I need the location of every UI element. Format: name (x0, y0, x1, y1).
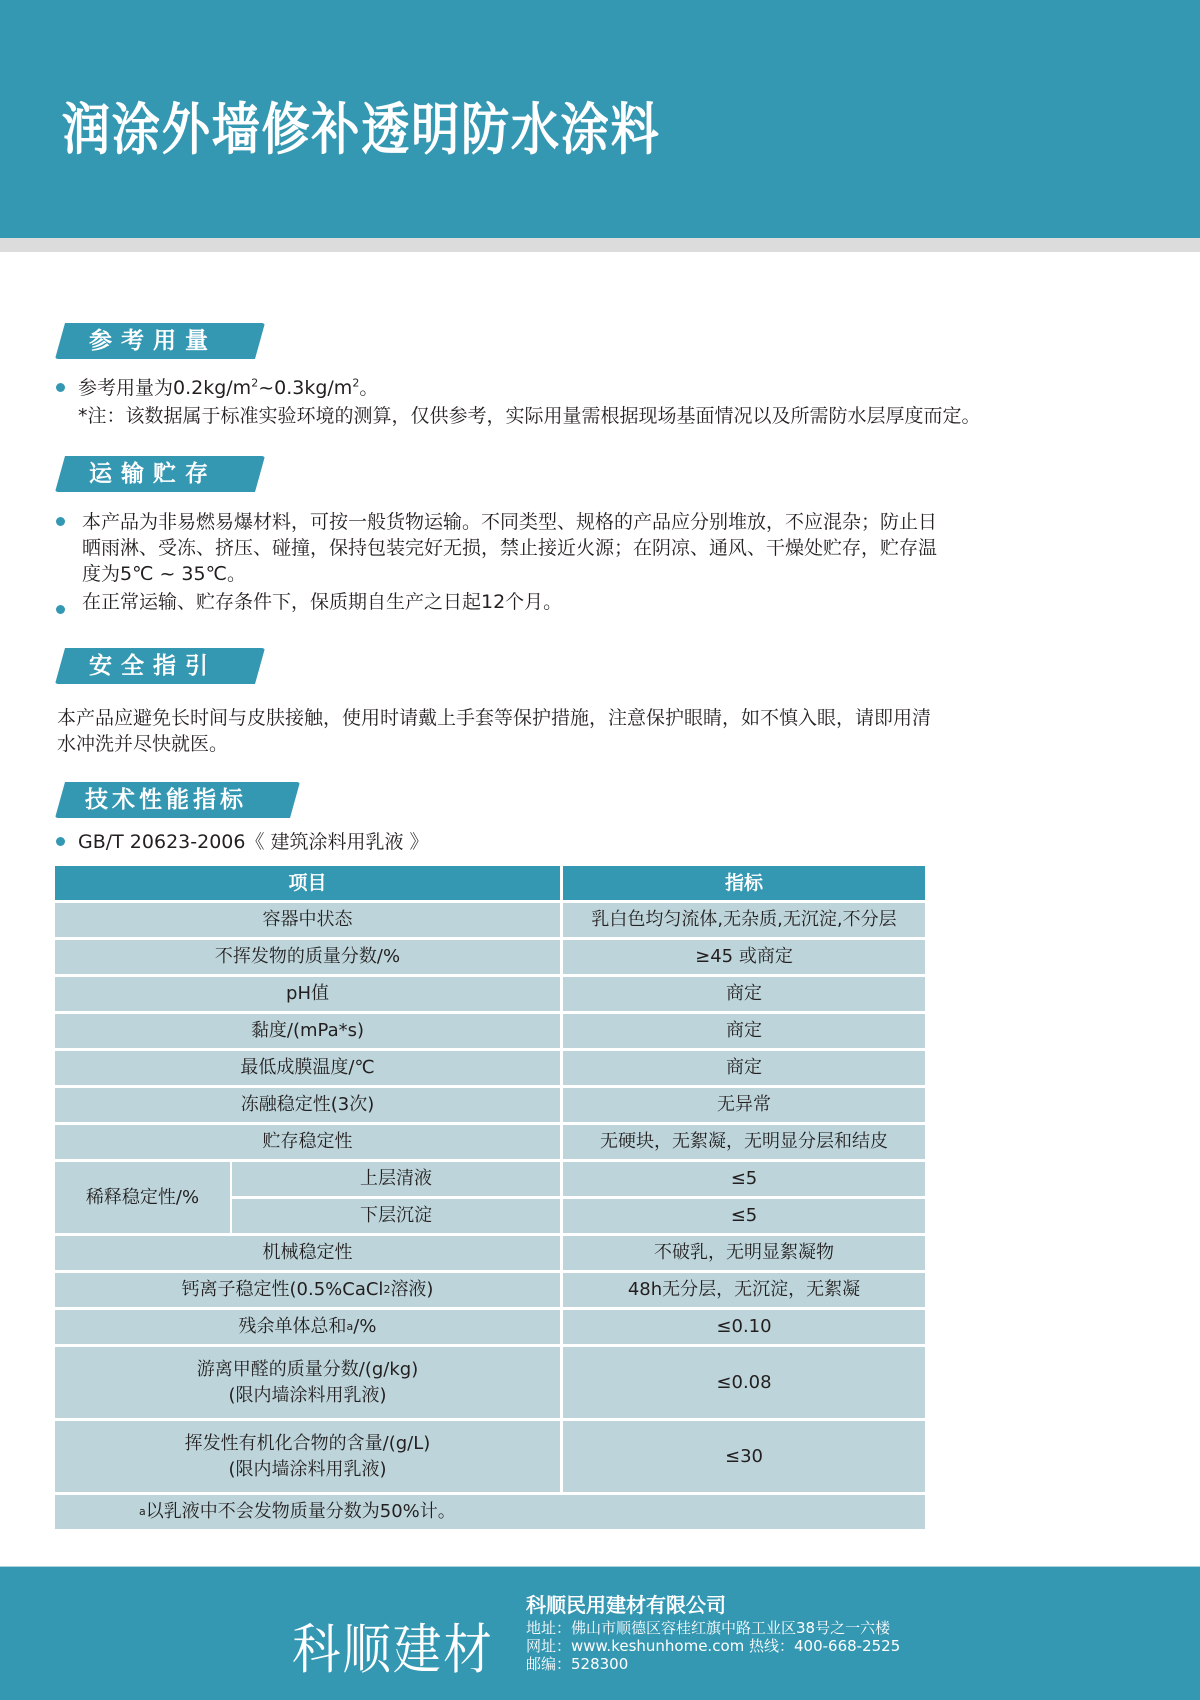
company-address: 地址：佛山市顺德区容桂红旗中路工业区38号之一六楼 (526, 1619, 890, 1637)
storage-text-line-2: 晒雨淋、受冻、挤压、碰撞，保持包装完好无损，禁止接近火源；在阴凉、通风、干燥处贮… (82, 535, 937, 561)
cell-item: 不挥发物的质量分数/% (55, 940, 560, 974)
company-name: 科顺民用建材有限公司 (526, 1589, 726, 1618)
cell-value: 不破乳，无明显絮凝物 (563, 1236, 925, 1270)
header-value: 指标 (563, 866, 925, 900)
cell-value: ≤0.08 (563, 1347, 925, 1418)
table-row: pH值 商定 (55, 977, 925, 1011)
cell-item: 游离甲醛的质量分数/(g/kg) (限内墙涂料用乳液) (55, 1347, 560, 1418)
table-row: 最低成膜温度/℃ 商定 (55, 1051, 925, 1085)
brand-logo-text: 科顺建材 (292, 1607, 494, 1684)
cell-value: 商定 (563, 977, 925, 1011)
cell-value: ≤5 (563, 1199, 925, 1233)
table-row: 贮存稳定性 无硬块，无絮凝，无明显分层和结皮 (55, 1125, 925, 1159)
table-row: 不挥发物的质量分数/% ≥45 或商定 (55, 940, 925, 974)
usage-note: *注：该数据属于标准实验环境的测算，仅供参考，实际用量需根据现场基面情况以及所需… (78, 403, 981, 429)
table-row: 黏度/(mPa*s) 商定 (55, 1014, 925, 1048)
cell-item: 机械稳定性 (55, 1236, 560, 1270)
cell-item: 贮存稳定性 (55, 1125, 560, 1159)
cell-value: ≤0.10 (563, 1310, 925, 1344)
cell-value: 无硬块，无絮凝，无明显分层和结皮 (563, 1125, 925, 1159)
cell-value: 无异常 (563, 1088, 925, 1122)
cell-value: ≤30 (563, 1421, 925, 1492)
shelf-life-text: 在正常运输、贮存条件下，保质期自生产之日起12个月。 (82, 589, 562, 615)
company-website-hotline: 网址：www.keshunhome.com 热线：400-668-2525 (526, 1637, 900, 1655)
header-item: 项目 (55, 866, 560, 900)
cell-value: ≥45 或商定 (563, 940, 925, 974)
table-row: 冻融稳定性(3次) 无异常 (55, 1088, 925, 1122)
cell-item: 容器中状态 (55, 903, 560, 937)
bullet-icon (56, 605, 65, 614)
section-tag-usage: 参考用量 (55, 323, 265, 359)
cell-value: 48h无分层，无沉淀，无絮凝 (563, 1273, 925, 1307)
company-postcode: 邮编：528300 (526, 1655, 628, 1673)
cell-item: 残余单体总和a/% (55, 1310, 560, 1344)
cell-value: ≤5 (563, 1162, 925, 1196)
bullet-icon (56, 837, 65, 846)
header-banner: 润涂外墙修补透明防水涂料 (0, 0, 1200, 238)
table-row: 残余单体总和a/% ≤0.10 (55, 1310, 925, 1344)
table-row: 钙离子稳定性(0.5%CaCl2溶液) 48h无分层，无沉淀，无絮凝 (55, 1273, 925, 1307)
usage-amount-text: 参考用量为0.2kg/m2~0.3kg/m2。 (78, 375, 378, 401)
cell-item: 黏度/(mPa*s) (55, 1014, 560, 1048)
cell-subitem: 下层沉淀 (232, 1199, 560, 1233)
cell-item: pH值 (55, 977, 560, 1011)
page-title: 润涂外墙修补透明防水涂料 (62, 86, 661, 166)
cell-item-dilution: 稀释稳定性/% (55, 1162, 230, 1233)
table-row-dilution: 稀释稳定性/% 上层清液 下层沉淀 ≤5 ≤5 (55, 1162, 925, 1233)
cell-value: 商定 (563, 1051, 925, 1085)
bullet-icon (56, 383, 65, 392)
standard-reference: GB/T 20623-2006《 建筑涂料用乳液 》 (78, 829, 429, 855)
section-tag-safety: 安全指引 (55, 648, 265, 684)
table-row: 游离甲醛的质量分数/(g/kg) (限内墙涂料用乳液) ≤0.08 (55, 1347, 925, 1418)
cell-item: 挥发性有机化合物的含量/(g/L) (限内墙涂料用乳液) (55, 1421, 560, 1492)
cell-item: 最低成膜温度/℃ (55, 1051, 560, 1085)
cell-value: 商定 (563, 1014, 925, 1048)
storage-text-line-3: 度为5℃ ~ 35℃。 (82, 561, 246, 587)
table-header: 项目 指标 (55, 866, 925, 900)
cell-subitem: 上层清液 (232, 1162, 560, 1196)
bullet-icon (56, 517, 65, 526)
cell-value: 乳白色均匀流体,无杂质,无沉淀,不分层 (563, 903, 925, 937)
storage-text-line-1: 本产品为非易燃易爆材料，可按一般货物运输。不同类型、规格的产品应分别堆放，不应混… (82, 509, 937, 535)
cell-item: 冻融稳定性(3次) (55, 1088, 560, 1122)
table-row: 机械稳定性 不破乳，无明显絮凝物 (55, 1236, 925, 1270)
cell-item: 钙离子稳定性(0.5%CaCl2溶液) (55, 1273, 560, 1307)
safety-text-line-1: 本产品应避免长时间与皮肤接触，使用时请戴上手套等保护措施，注意保护眼睛，如不慎入… (57, 705, 931, 731)
header-divider (0, 238, 1200, 252)
table-row: 容器中状态 乳白色均匀流体,无杂质,无沉淀,不分层 (55, 903, 925, 937)
section-tag-tech: 技术性能指标 (55, 782, 300, 818)
table-row: 挥发性有机化合物的含量/(g/L) (限内墙涂料用乳液) ≤30 (55, 1421, 925, 1492)
safety-text-line-2: 水冲洗并尽快就医。 (57, 731, 228, 757)
table-footnote-row: a以乳液中不会发物质量分数为50%计。 (55, 1495, 925, 1529)
footer-banner: 科顺建材 科顺民用建材有限公司 地址：佛山市顺德区容桂红旗中路工业区38号之一六… (0, 1566, 1200, 1700)
table-footnote: a以乳液中不会发物质量分数为50%计。 (55, 1495, 925, 1529)
section-tag-storage: 运输贮存 (55, 456, 265, 492)
